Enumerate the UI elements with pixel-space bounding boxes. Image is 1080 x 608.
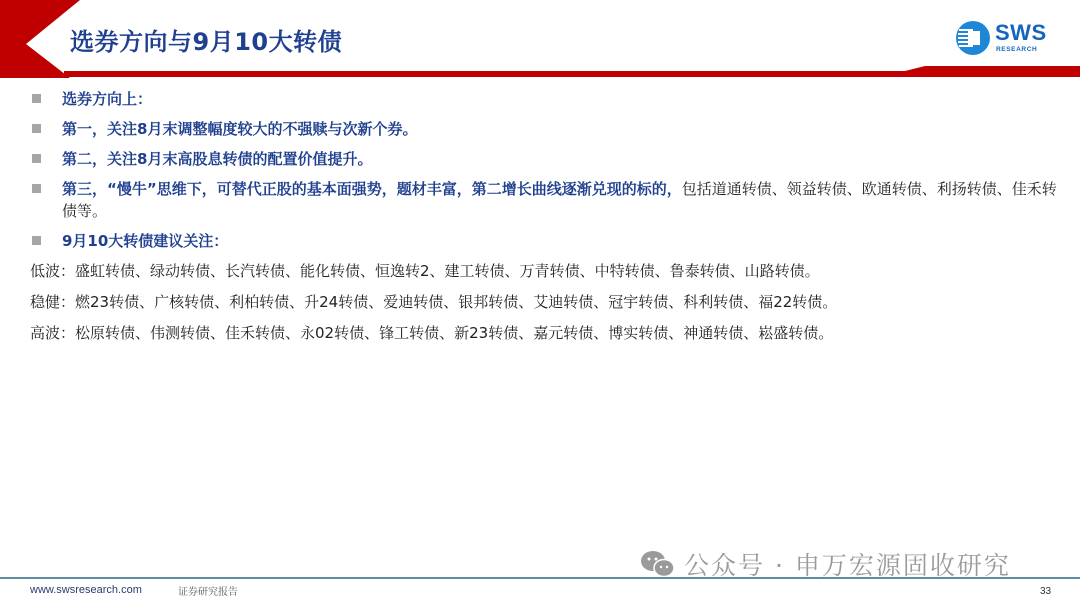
row-label: 低波： — [30, 262, 75, 280]
row-items: 盛虹转债、绿动转债、长汽转债、能化转债、恒逸转2、建工转债、万青转债、中特转债、… — [75, 262, 820, 280]
square-bullet-icon — [32, 154, 41, 163]
page-number: 33 — [1040, 586, 1051, 597]
bullet-second: 第二，关注8月末高股息转债的配置价值提升。 — [30, 148, 1060, 170]
footer-url[interactable]: www.swsresearch.com — [30, 584, 142, 596]
logo-text: SWS — [995, 20, 1047, 46]
footer-divider — [0, 577, 1080, 579]
square-bullet-icon — [32, 124, 41, 133]
bullet-direction-heading: 选券方向上： — [30, 88, 1060, 110]
footer-label: 证券研究报告 — [178, 583, 238, 598]
low-volatility-row: 低波：盛虹转债、绿动转债、长汽转债、能化转债、恒逸转2、建工转债、万青转债、中特… — [30, 260, 1060, 282]
row-label: 稳健： — [30, 293, 75, 311]
page-title: 选券方向与9月10大转债 — [70, 22, 342, 57]
sws-logo-icon — [955, 20, 991, 56]
logo-subtext: RESEARCH — [996, 46, 1037, 53]
square-bullet-icon — [32, 94, 41, 103]
high-volatility-row: 高波：松原转债、伟测转债、佳禾转债、永02转债、锋工转债、新23转债、嘉元转债、… — [30, 322, 1060, 344]
sws-logo: SWS RESEARCH — [955, 20, 1065, 60]
square-bullet-icon — [32, 184, 41, 193]
square-bullet-icon — [32, 236, 41, 245]
wechat-icon — [640, 549, 676, 579]
slide-content: 选券方向上： 第一，关注8月末调整幅度较大的不强赎与次新个券。 第二，关注8月末… — [30, 88, 1060, 353]
balanced-row: 稳健：燃23转债、广核转债、利柏转债、升24转债、爱迪转债、银邦转债、艾迪转债、… — [30, 291, 1060, 313]
bullet-top10-heading: 9月10大转债建议关注： — [30, 230, 1060, 252]
row-items: 燃23转债、广核转债、利柏转债、升24转债、爱迪转债、银邦转债、艾迪转债、冠宇转… — [75, 293, 837, 311]
bullet-third: 第三，“慢牛”思维下，可替代正股的基本面强势，题材丰富，第二增长曲线逐渐兑现的标… — [30, 178, 1060, 222]
row-items: 松原转债、伟测转债、佳禾转债、永02转债、锋工转债、新23转债、嘉元转债、博实转… — [75, 324, 833, 342]
row-label: 高波： — [30, 324, 75, 342]
bullet-first: 第一，关注8月末调整幅度较大的不强赎与次新个券。 — [30, 118, 1060, 140]
